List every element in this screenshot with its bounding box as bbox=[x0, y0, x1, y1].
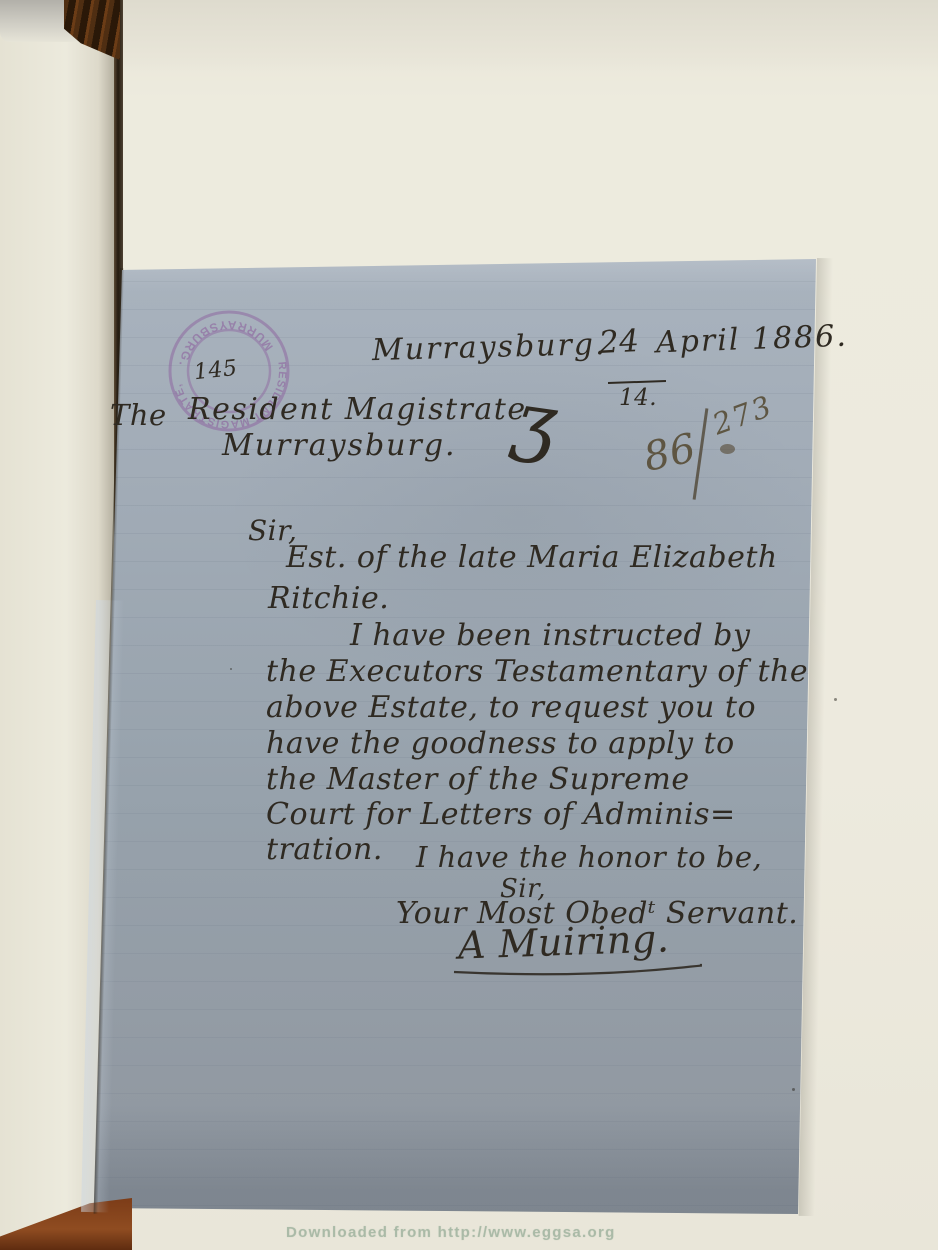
letter-date-alt: 14. bbox=[619, 385, 657, 411]
closing-line-1: I have the honor to be, bbox=[416, 840, 762, 874]
body-line: above Estate, to request you to bbox=[266, 690, 756, 725]
ink-blot bbox=[720, 444, 735, 454]
addressee-place: Murraysburg. bbox=[222, 428, 457, 463]
letter-place: Murraysburg. bbox=[372, 327, 607, 368]
signature-flourish bbox=[452, 962, 702, 978]
subject-line-2: Ritchie. bbox=[268, 581, 389, 616]
dust-speck bbox=[230, 668, 232, 670]
letter-date-day: 24 bbox=[598, 323, 640, 361]
subject-line-1: Est. of the late Maria Elizabeth bbox=[286, 540, 778, 575]
dust-speck bbox=[834, 698, 837, 701]
body-line: Court for Letters of Adminis= bbox=[266, 797, 736, 832]
addressee-name: Resident Magistrate bbox=[188, 392, 527, 427]
signature: A Muiring. bbox=[457, 916, 670, 967]
body-line: have the goodness to apply to bbox=[266, 726, 735, 761]
body-line: the Executors Testamentary of the bbox=[266, 654, 808, 689]
body-line: the Master of the Supreme bbox=[266, 762, 690, 797]
addressee-prefix: The bbox=[110, 398, 167, 432]
archive-photo-open-book: RESIDENT MAGISTRATE, MURRAYSBURG. Murray… bbox=[0, 0, 938, 1250]
right-page-curl-shadow bbox=[120, 0, 938, 72]
body-line: tration. bbox=[266, 832, 383, 867]
body-line: I have been instructed by bbox=[350, 618, 750, 653]
stamp-written-number: 145 bbox=[193, 356, 239, 385]
letter-date-rest: April 1886. bbox=[655, 319, 848, 361]
dust-speck bbox=[792, 1088, 795, 1091]
watermark-url: Downloaded from http://www.eggsa.org bbox=[286, 1224, 616, 1241]
